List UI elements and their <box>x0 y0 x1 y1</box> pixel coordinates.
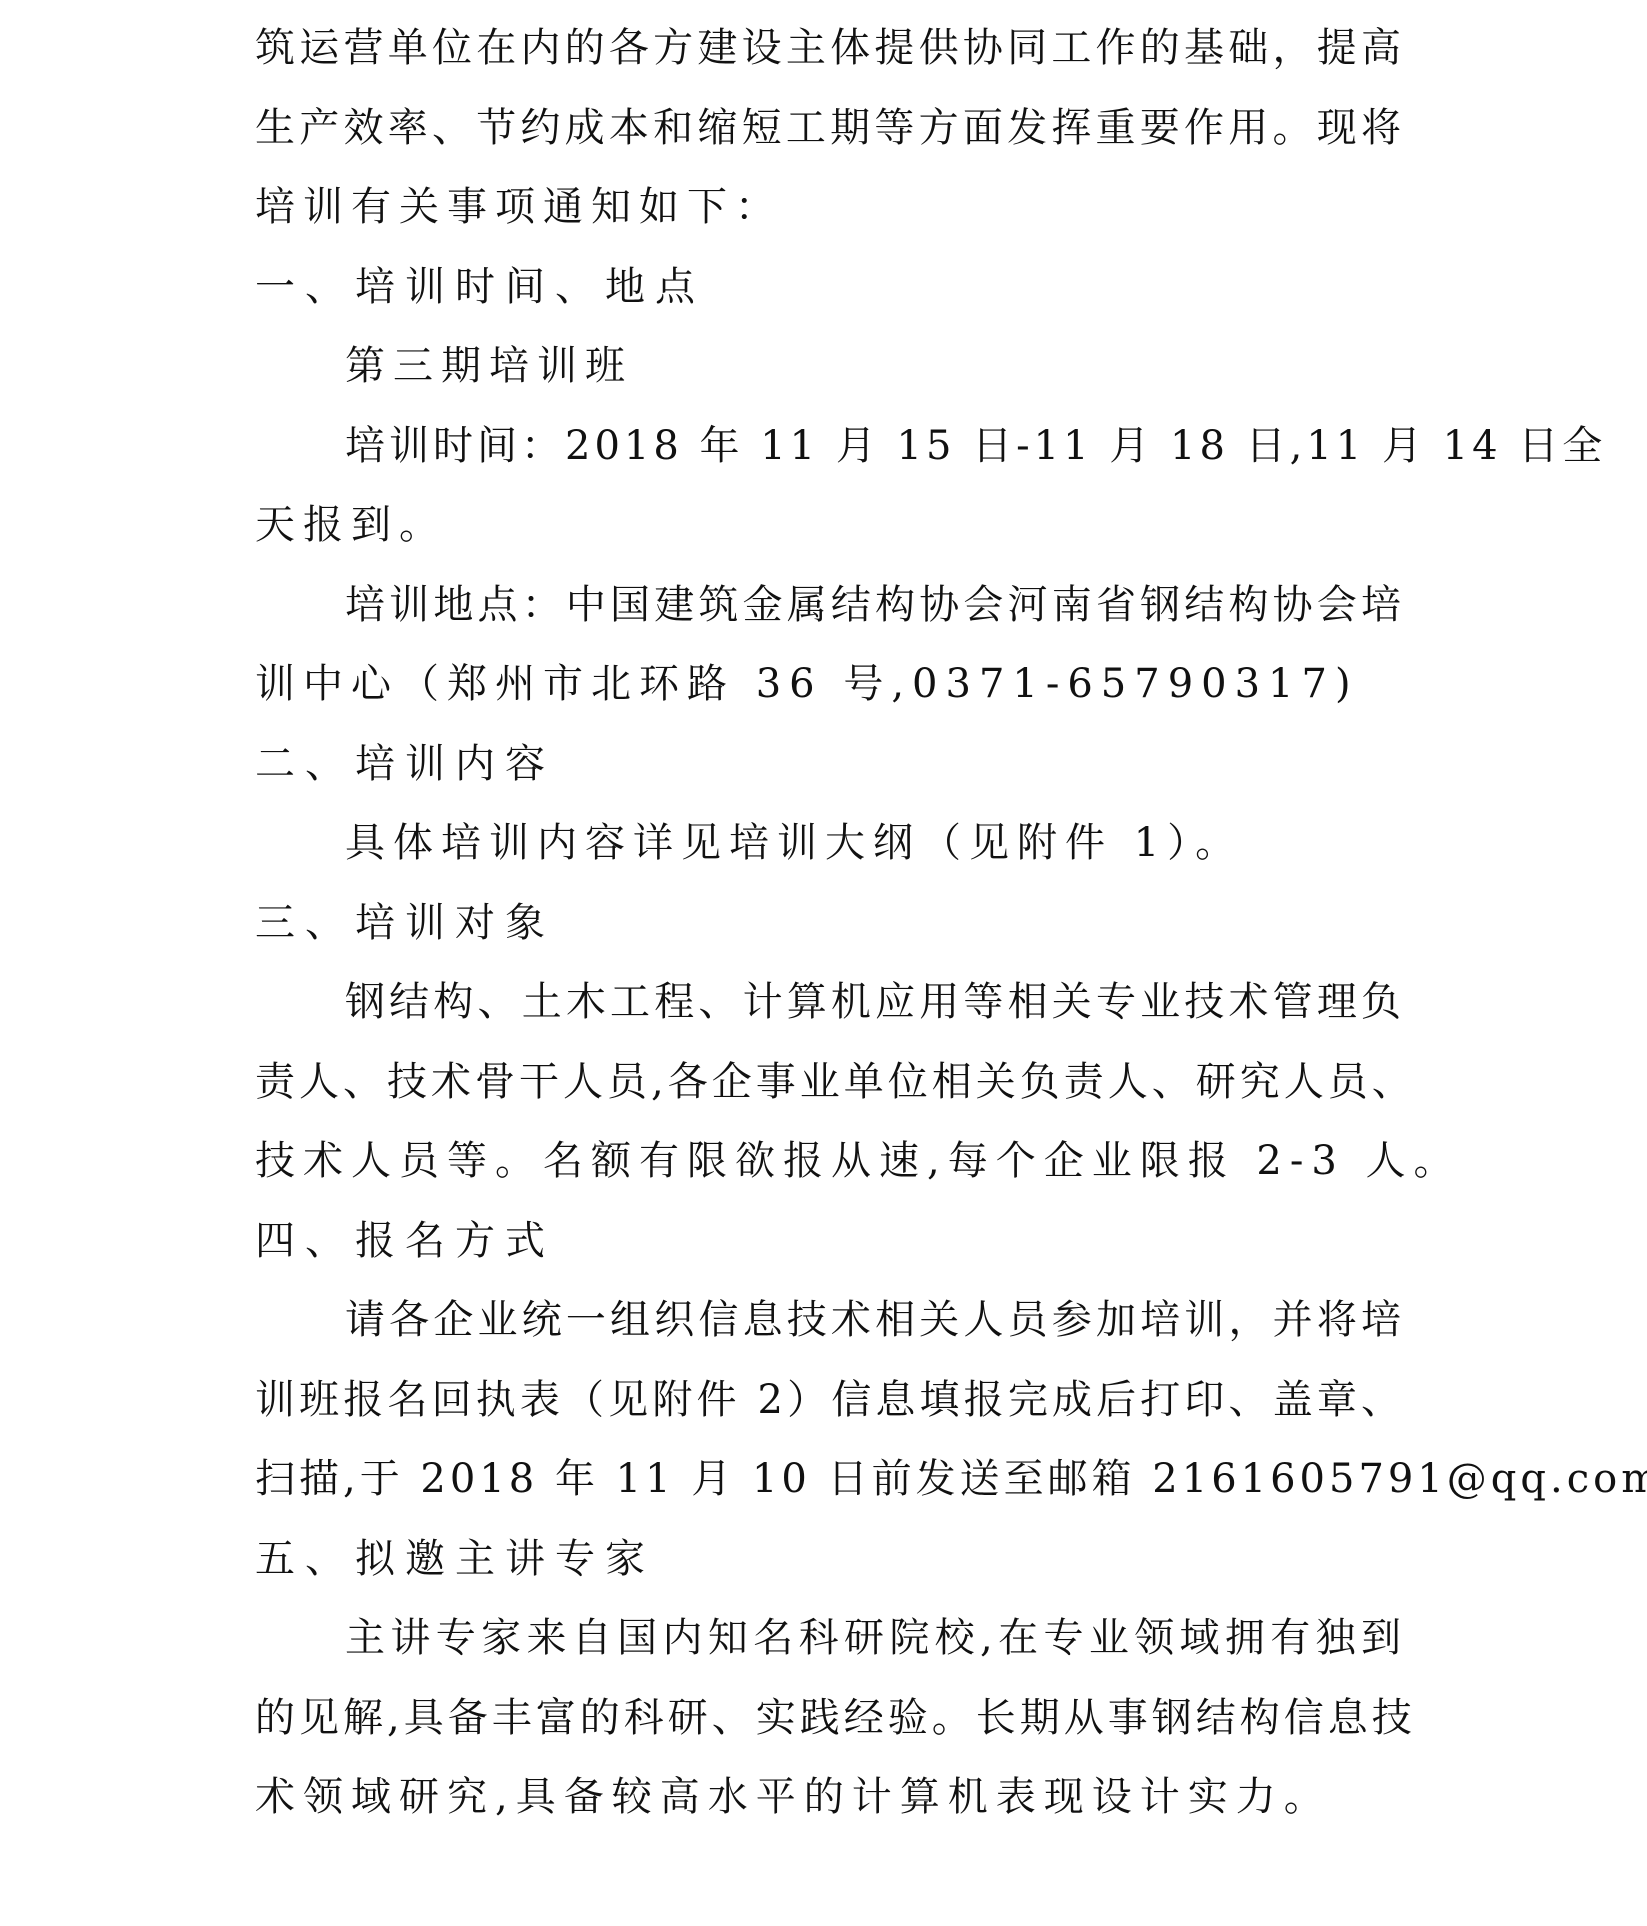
section-4-heading: 四、报名方式 <box>255 1202 1405 1282</box>
section-5-heading: 五、拟邀主讲专家 <box>255 1520 1405 1600</box>
intro-line-3: 培训有关事项通知如下： <box>255 168 1405 248</box>
registration-line-3: 扫描,于 2018 年 11 月 10 日前发送至邮箱 2161605791@q… <box>255 1440 1405 1520</box>
audience-line-1: 钢结构、土木工程、计算机应用等相关专业技术管理负 <box>255 963 1405 1043</box>
registration-line-1: 请各企业统一组织信息技术相关人员参加培训，并将培 <box>255 1281 1405 1361</box>
audience-line-3: 技术人员等。名额有限欲报从速,每个企业限报 2-3 人。 <box>255 1122 1405 1202</box>
training-class-name: 第三期培训班 <box>255 327 1405 407</box>
audience-line-2: 责人、技术骨干人员,各企事业单位相关负责人、研究人员、 <box>255 1043 1405 1123</box>
training-content: 具体培训内容详见培训大纲（见附件 1）。 <box>255 804 1405 884</box>
section-2-heading: 二、培训内容 <box>255 725 1405 805</box>
intro-line-1: 筑运营单位在内的各方建设主体提供协同工作的基础，提高 <box>255 9 1405 89</box>
training-time-line-1: 培训时间：2018 年 11 月 15 日-11 月 18 日,11 月 14 … <box>255 407 1405 487</box>
experts-line-2: 的见解,具备丰富的科研、实践经验。长期从事钢结构信息技 <box>255 1679 1405 1759</box>
training-place-line-2: 训中心（郑州市北环路 36 号,0371-65790317) <box>255 645 1405 725</box>
training-place-line-1: 培训地点：中国建筑金属结构协会河南省钢结构协会培 <box>255 566 1405 646</box>
intro-line-2: 生产效率、节约成本和缩短工期等方面发挥重要作用。现将 <box>255 89 1405 169</box>
document-page: 筑运营单位在内的各方建设主体提供协同工作的基础，提高 生产效率、节约成本和缩短工… <box>255 9 1405 1838</box>
registration-line-2: 训班报名回执表（见附件 2）信息填报完成后打印、盖章、 <box>255 1361 1405 1441</box>
section-1-heading: 一、培训时间、地点 <box>255 248 1405 328</box>
section-3-heading: 三、培训对象 <box>255 884 1405 964</box>
experts-line-1: 主讲专家来自国内知名科研院校,在专业领域拥有独到 <box>255 1599 1405 1679</box>
experts-line-3: 术领域研究,具备较高水平的计算机表现设计实力。 <box>255 1758 1405 1838</box>
training-time-line-2: 天报到。 <box>255 486 1405 566</box>
